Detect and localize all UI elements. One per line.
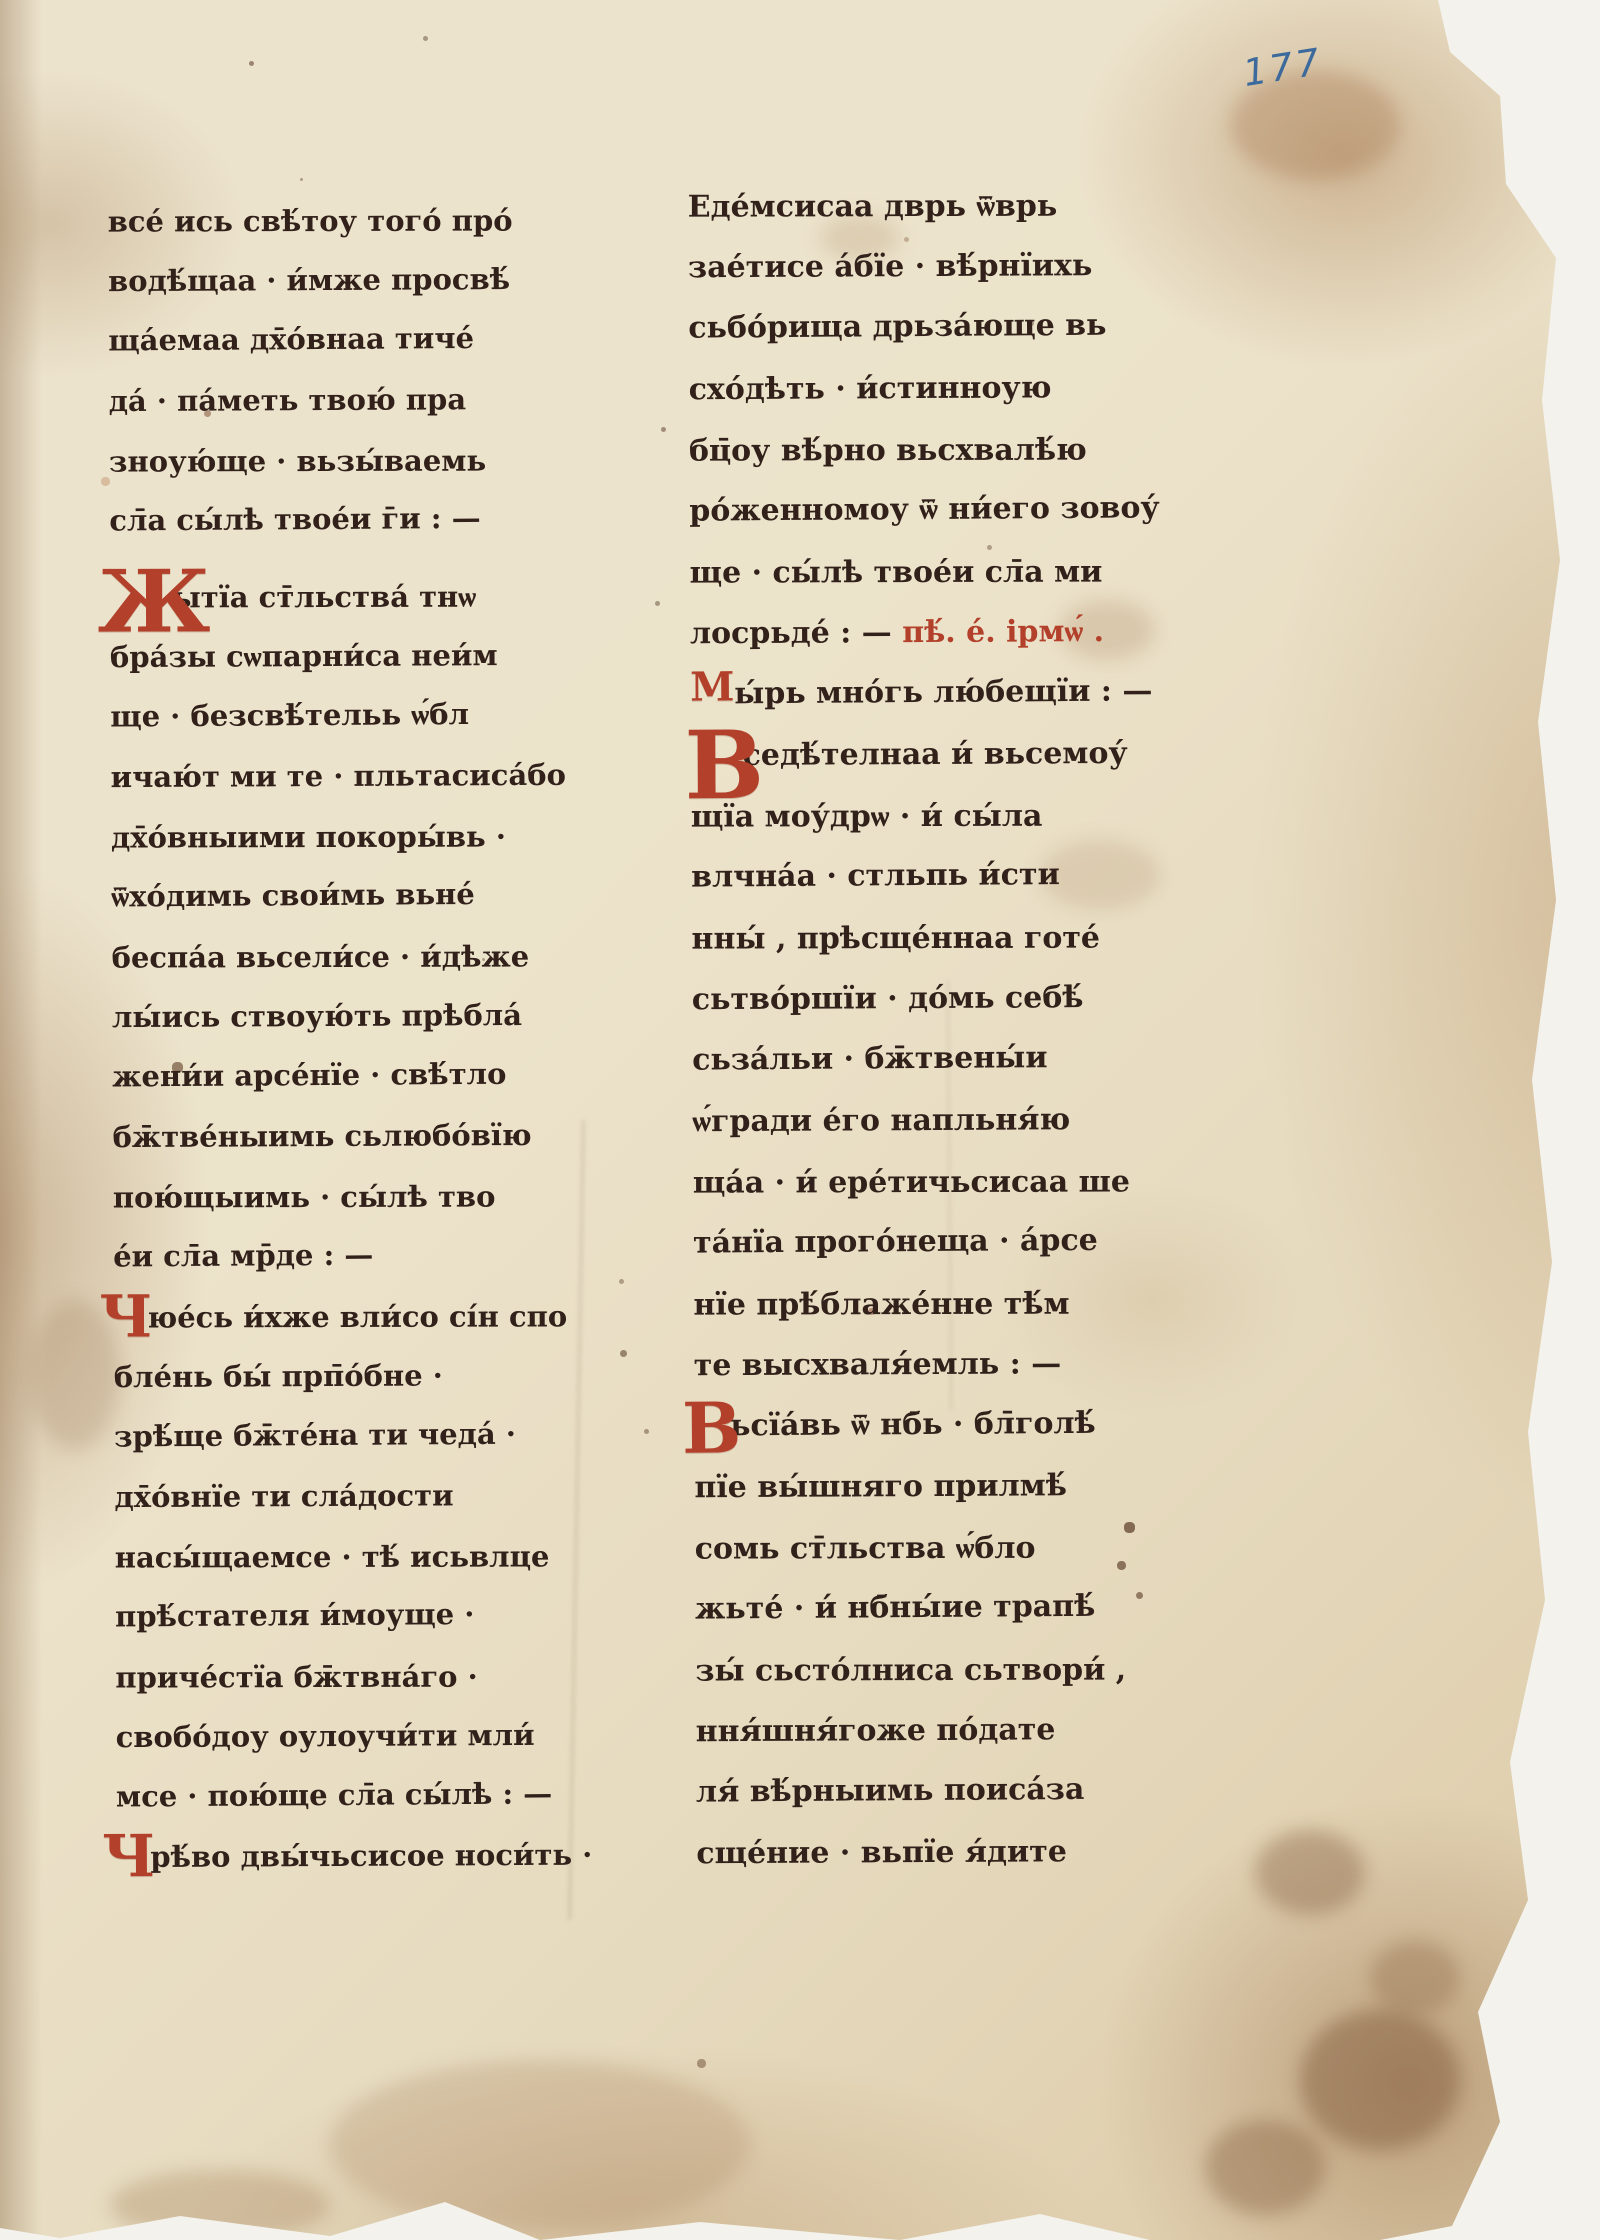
- body-text: зрѣ́ще бж̄те́на ти чеда́ ·: [114, 1417, 516, 1454]
- body-text: сьтво́ршїи · до́мь себѣ́: [692, 980, 1084, 1017]
- body-text: бра́зы сѡпарни́са неи́м: [110, 638, 498, 674]
- stain-bottom-right-1: [1255, 1830, 1365, 1915]
- body-text: беспа́а вьсели́се · и́дѣже: [112, 939, 530, 974]
- text-column-left: все́ ись свѣ́тоу того́ про́водѣ́щаа · и́…: [108, 189, 547, 1887]
- text-line: сьбо́рища дрьза́юще вь: [688, 294, 1158, 358]
- text-line: ще · сы́лѣ твое́и сл̄а ми: [690, 541, 1160, 603]
- rubric-drop-initial: В: [682, 1393, 742, 1463]
- text-line: ѡ́гради е́го напльня́ю: [692, 1089, 1162, 1152]
- text-line: ичаю́т ми те · пльтасиса́бо: [110, 745, 540, 807]
- body-text: ичаю́т ми те · пльтасиса́бо: [111, 758, 566, 794]
- body-text: ща́а · и́ ере́тичьсисаа ше: [693, 1164, 1130, 1200]
- body-text: ння́шня́гоже по́дате: [696, 1712, 1056, 1749]
- body-text: сомь ст̄льства ѡ́бло: [695, 1531, 1036, 1567]
- body-text: ѡ́гради е́го напльня́ю: [692, 1102, 1070, 1139]
- body-text: сще́ние · вьпїе я́дите: [696, 1834, 1067, 1871]
- rubric-text: пѣ́. е́. ірмѡ́ .: [902, 614, 1104, 650]
- body-text: схо́дѣть · и́стинноую: [689, 370, 1052, 407]
- body-text: бж̄тве́ныимь сьлюбо́вїю: [112, 1118, 531, 1154]
- body-text: ытїа ст̄льства́ тнѡ: [172, 580, 477, 615]
- body-text: жени́и арсе́нїе · свѣ́тло: [112, 1057, 506, 1094]
- body-text: дх̄о́вныими покоры́вь ·: [111, 820, 506, 855]
- body-text: пїе вы́шняго прилмѣ́: [694, 1468, 1067, 1505]
- body-text: е́и сл̄а мр̄де : —: [113, 1238, 373, 1274]
- body-text: ѿхо́димь свои́мь вьне́: [111, 877, 475, 914]
- stain-bottom-right-2: [1300, 2010, 1460, 2150]
- text-line: ща́а · и́ ере́тичьсисаа ше: [693, 1151, 1163, 1213]
- text-line: ння́шня́гоже по́дате: [696, 1699, 1166, 1762]
- text-line: Еде́мсисаа дврь ѿврь: [688, 175, 1158, 237]
- parchment-leaf: 177 все́ ись свѣ́тоу того́ про́водѣ́щаа …: [0, 0, 1600, 2240]
- body-text: приче́стїа бж̄твна́го ·: [115, 1660, 477, 1695]
- text-line: зы́ сьсто́лниса сьтвори́ ,: [695, 1639, 1165, 1701]
- text-line: Жытїа ст̄льства́ тнѡ: [110, 566, 540, 627]
- body-text: зы́ сьсто́лниса сьтвори́ ,: [695, 1652, 1126, 1688]
- text-line: лы́ись ствоую́ть прѣбла́: [112, 985, 542, 1047]
- text-line: щїа моу́дрѡ · и́ сы́ла: [691, 785, 1161, 847]
- body-text: ща́емаа дх̄о́внаа тиче́: [108, 321, 474, 358]
- text-column-right: Еде́мсисаа дврь ѿврьзае́тисе а́бїе · вѣ́…: [688, 174, 1167, 1884]
- text-line: свобо́доу оулоучи́ти мли́: [116, 1705, 546, 1767]
- text-line: Чрѣ́во двы́чьсисое носи́ть ·: [116, 1825, 546, 1887]
- text-line: бж̄тве́ныимь сьлюбо́вїю: [112, 1105, 542, 1167]
- stain-bottom-center: [330, 2060, 750, 2230]
- text-line: прѣ́стателя и́моуще ·: [115, 1583, 545, 1646]
- body-text: ьсїа́вь ѿ нб̄ь · бл̄голѣ́: [730, 1406, 1096, 1444]
- body-text: нїе прѣ́блаже́нне тѣ́м: [693, 1287, 1069, 1323]
- body-text: лы́ись ствоую́ть прѣбла́: [112, 998, 522, 1034]
- text-line: та́нїа прого́неща · а́рсе: [693, 1209, 1163, 1273]
- text-line: нны́ , прѣсще́ннаа готе́: [691, 907, 1161, 969]
- body-text: жьте́ · и́ нб̄ны́ие трапѣ́: [695, 1589, 1095, 1627]
- text-line: влчна́а · стльпь и́сти: [691, 843, 1161, 907]
- body-text: ще · сы́лѣ твое́и сл̄а ми: [690, 555, 1103, 591]
- text-line: Вьсїа́вь ѿ нб̄ь · бл̄голѣ́: [694, 1392, 1164, 1456]
- text-line: да́ · па́меть твою́ пра: [109, 369, 539, 431]
- body-text: сьза́льи · бж̄твены́и: [692, 1040, 1048, 1077]
- stain-bottom-left: [110, 2170, 330, 2240]
- text-line: все́ ись свѣ́тоу того́ про́: [108, 190, 538, 251]
- body-text: ще · безсвѣ́тельь ѡ́бл: [110, 697, 469, 734]
- text-line: зае́тисе а́бїе · вѣ́рнїихь: [688, 235, 1158, 298]
- text-line: ѿхо́димь свои́мь вьне́: [111, 864, 541, 927]
- text-line: насы́щаемсе · тѣ́ исьвлце: [115, 1526, 545, 1587]
- body-text: ы́рь мно́гь лю́бещїи : —: [734, 673, 1152, 711]
- body-text: мсе · пою́ще сл̄а сы́лѣ : —: [116, 1776, 553, 1813]
- body-text: щїа моу́дрѡ · и́ сы́ла: [691, 799, 1043, 835]
- text-line: зрѣ́ще бж̄те́на ти чеда́ ·: [114, 1403, 544, 1466]
- body-text: юе́сь и́хже вли́со сі́н спо: [147, 1299, 567, 1334]
- text-line: жьте́ · и́ нб̄ны́ие трапѣ́: [695, 1575, 1165, 1639]
- stain-bottom-right-3: [1205, 2120, 1325, 2215]
- text-line: сомь ст̄льства ѡ́бло: [695, 1517, 1165, 1579]
- body-text: зае́тисе а́бїе · вѣ́рнїихь: [688, 248, 1093, 285]
- text-line: бле́нь бы́ прп̄о́бне ·: [114, 1345, 544, 1407]
- text-line: ща́емаа дх̄о́внаа тиче́: [108, 308, 538, 371]
- body-text: нны́ , прѣсще́ннаа готе́: [691, 921, 1100, 957]
- text-line: водѣ́щаа · и́мже просвѣ́: [108, 249, 538, 311]
- body-text: прѣ́стателя и́моуще ·: [115, 1597, 475, 1634]
- text-line: сл̄а сы́лѣ твое́и г̄и : —: [109, 488, 539, 551]
- text-line: сьза́льи · бж̄твены́и: [692, 1026, 1162, 1090]
- text-line: бра́зы сѡпарни́са неи́м: [110, 625, 540, 687]
- text-line: ро́женномоу ѿ ни́его зовоу́: [689, 477, 1159, 541]
- text-line: е́и сл̄а мр̄де : —: [113, 1223, 543, 1286]
- rubric-drop-initial: Ч: [102, 1827, 155, 1885]
- text-line: приче́стїа бж̄твна́го ·: [115, 1646, 545, 1707]
- body-text: да́ · па́меть твою́ пра: [109, 382, 467, 418]
- text-line: беспа́а вьсели́се · и́дѣже: [111, 926, 541, 987]
- text-line: дх̄о́вныими покоры́вь ·: [111, 806, 541, 867]
- text-line: те высхваля́емль : —: [694, 1333, 1164, 1396]
- text-line: жени́и арсе́нїе · свѣ́тло: [112, 1043, 542, 1106]
- text-line: зноую́ще · вьзы́ваемь: [109, 430, 539, 491]
- body-text: Еде́мсисаа дврь ѿврь: [688, 189, 1058, 225]
- text-line: лосрьде́ : — пѣ́. е́. ірмѡ́ .: [690, 601, 1160, 664]
- body-text: водѣ́щаа · и́мже просвѣ́: [108, 262, 510, 298]
- text-line: ще · безсвѣ́тельь ѡ́бл: [110, 684, 540, 747]
- text-line: схо́дѣть · и́стинноую: [688, 357, 1158, 420]
- body-text: влчна́а · стльпь и́сти: [691, 857, 1060, 895]
- text-line: пою́щыимь · сы́лѣ тво: [113, 1166, 543, 1227]
- stain-bottom-right-4: [1370, 1940, 1460, 2015]
- text-line: пїе вы́шняго прилмѣ́: [694, 1455, 1164, 1518]
- body-text: дх̄о́внїе ти сла́дости: [114, 1478, 453, 1514]
- crease-left-column: [568, 1120, 585, 1920]
- body-text: ро́женномоу ѿ ни́его зовоу́: [689, 490, 1160, 528]
- text-line: мсе · пою́ще сл̄а сы́лѣ : —: [116, 1763, 546, 1826]
- body-text: та́нїа прого́неща · а́рсе: [693, 1223, 1098, 1261]
- text-line: бц̄оу вѣ́рно вьсхвалѣ́ю: [689, 419, 1159, 481]
- body-text: ля́ вѣ́рныимь поиса́за: [696, 1772, 1085, 1810]
- body-text: бле́нь бы́ прп̄о́бне ·: [114, 1358, 443, 1394]
- text-line: дх̄о́внїе ти сла́дости: [114, 1465, 544, 1527]
- manuscript-photo: 177 все́ ись свѣ́тоу того́ про́водѣ́щаа …: [0, 0, 1600, 2240]
- body-text: все́ ись свѣ́тоу того́ про́: [108, 204, 513, 239]
- body-text: рѣ́во двы́чьсисое носи́ть ·: [150, 1838, 592, 1874]
- text-line: нїе прѣ́блаже́нне тѣ́м: [693, 1273, 1163, 1335]
- text-line: сще́ние · вьпїе я́дите: [696, 1821, 1166, 1884]
- rubric-drop-initial: Ч: [99, 1287, 152, 1345]
- body-text: лосрьде́ : —: [690, 615, 902, 651]
- body-text: сл̄а сы́лѣ твое́и г̄и : —: [109, 501, 481, 538]
- text-line: ля́ вѣ́рныимь поиса́за: [696, 1758, 1166, 1822]
- body-text: насы́щаемсе · тѣ́ исьвлце: [115, 1539, 550, 1574]
- foxing-specks: [0, 0, 3, 3]
- body-text: бц̄оу вѣ́рно вьсхвалѣ́ю: [689, 433, 1087, 469]
- body-text: зноую́ще · вьзы́ваемь: [109, 444, 486, 479]
- body-text: пою́щыимь · сы́лѣ тво: [113, 1180, 496, 1215]
- rubric-drop-initial: М: [690, 667, 735, 707]
- body-text: сьбо́рища дрьза́юще вь: [688, 308, 1106, 346]
- text-line: сьтво́ршїи · до́мь себѣ́: [692, 967, 1162, 1030]
- body-text: те высхваля́емль : —: [694, 1346, 1062, 1383]
- body-text: свобо́доу оулоучи́ти мли́: [116, 1718, 535, 1754]
- text-line: Вседѣ́телнаа и́ вьсемоу́: [690, 723, 1160, 786]
- text-line: Чюе́сь и́хже вли́со сі́н спо: [113, 1286, 543, 1347]
- body-text: седѣ́телнаа и́ вьсемоу́: [742, 736, 1127, 773]
